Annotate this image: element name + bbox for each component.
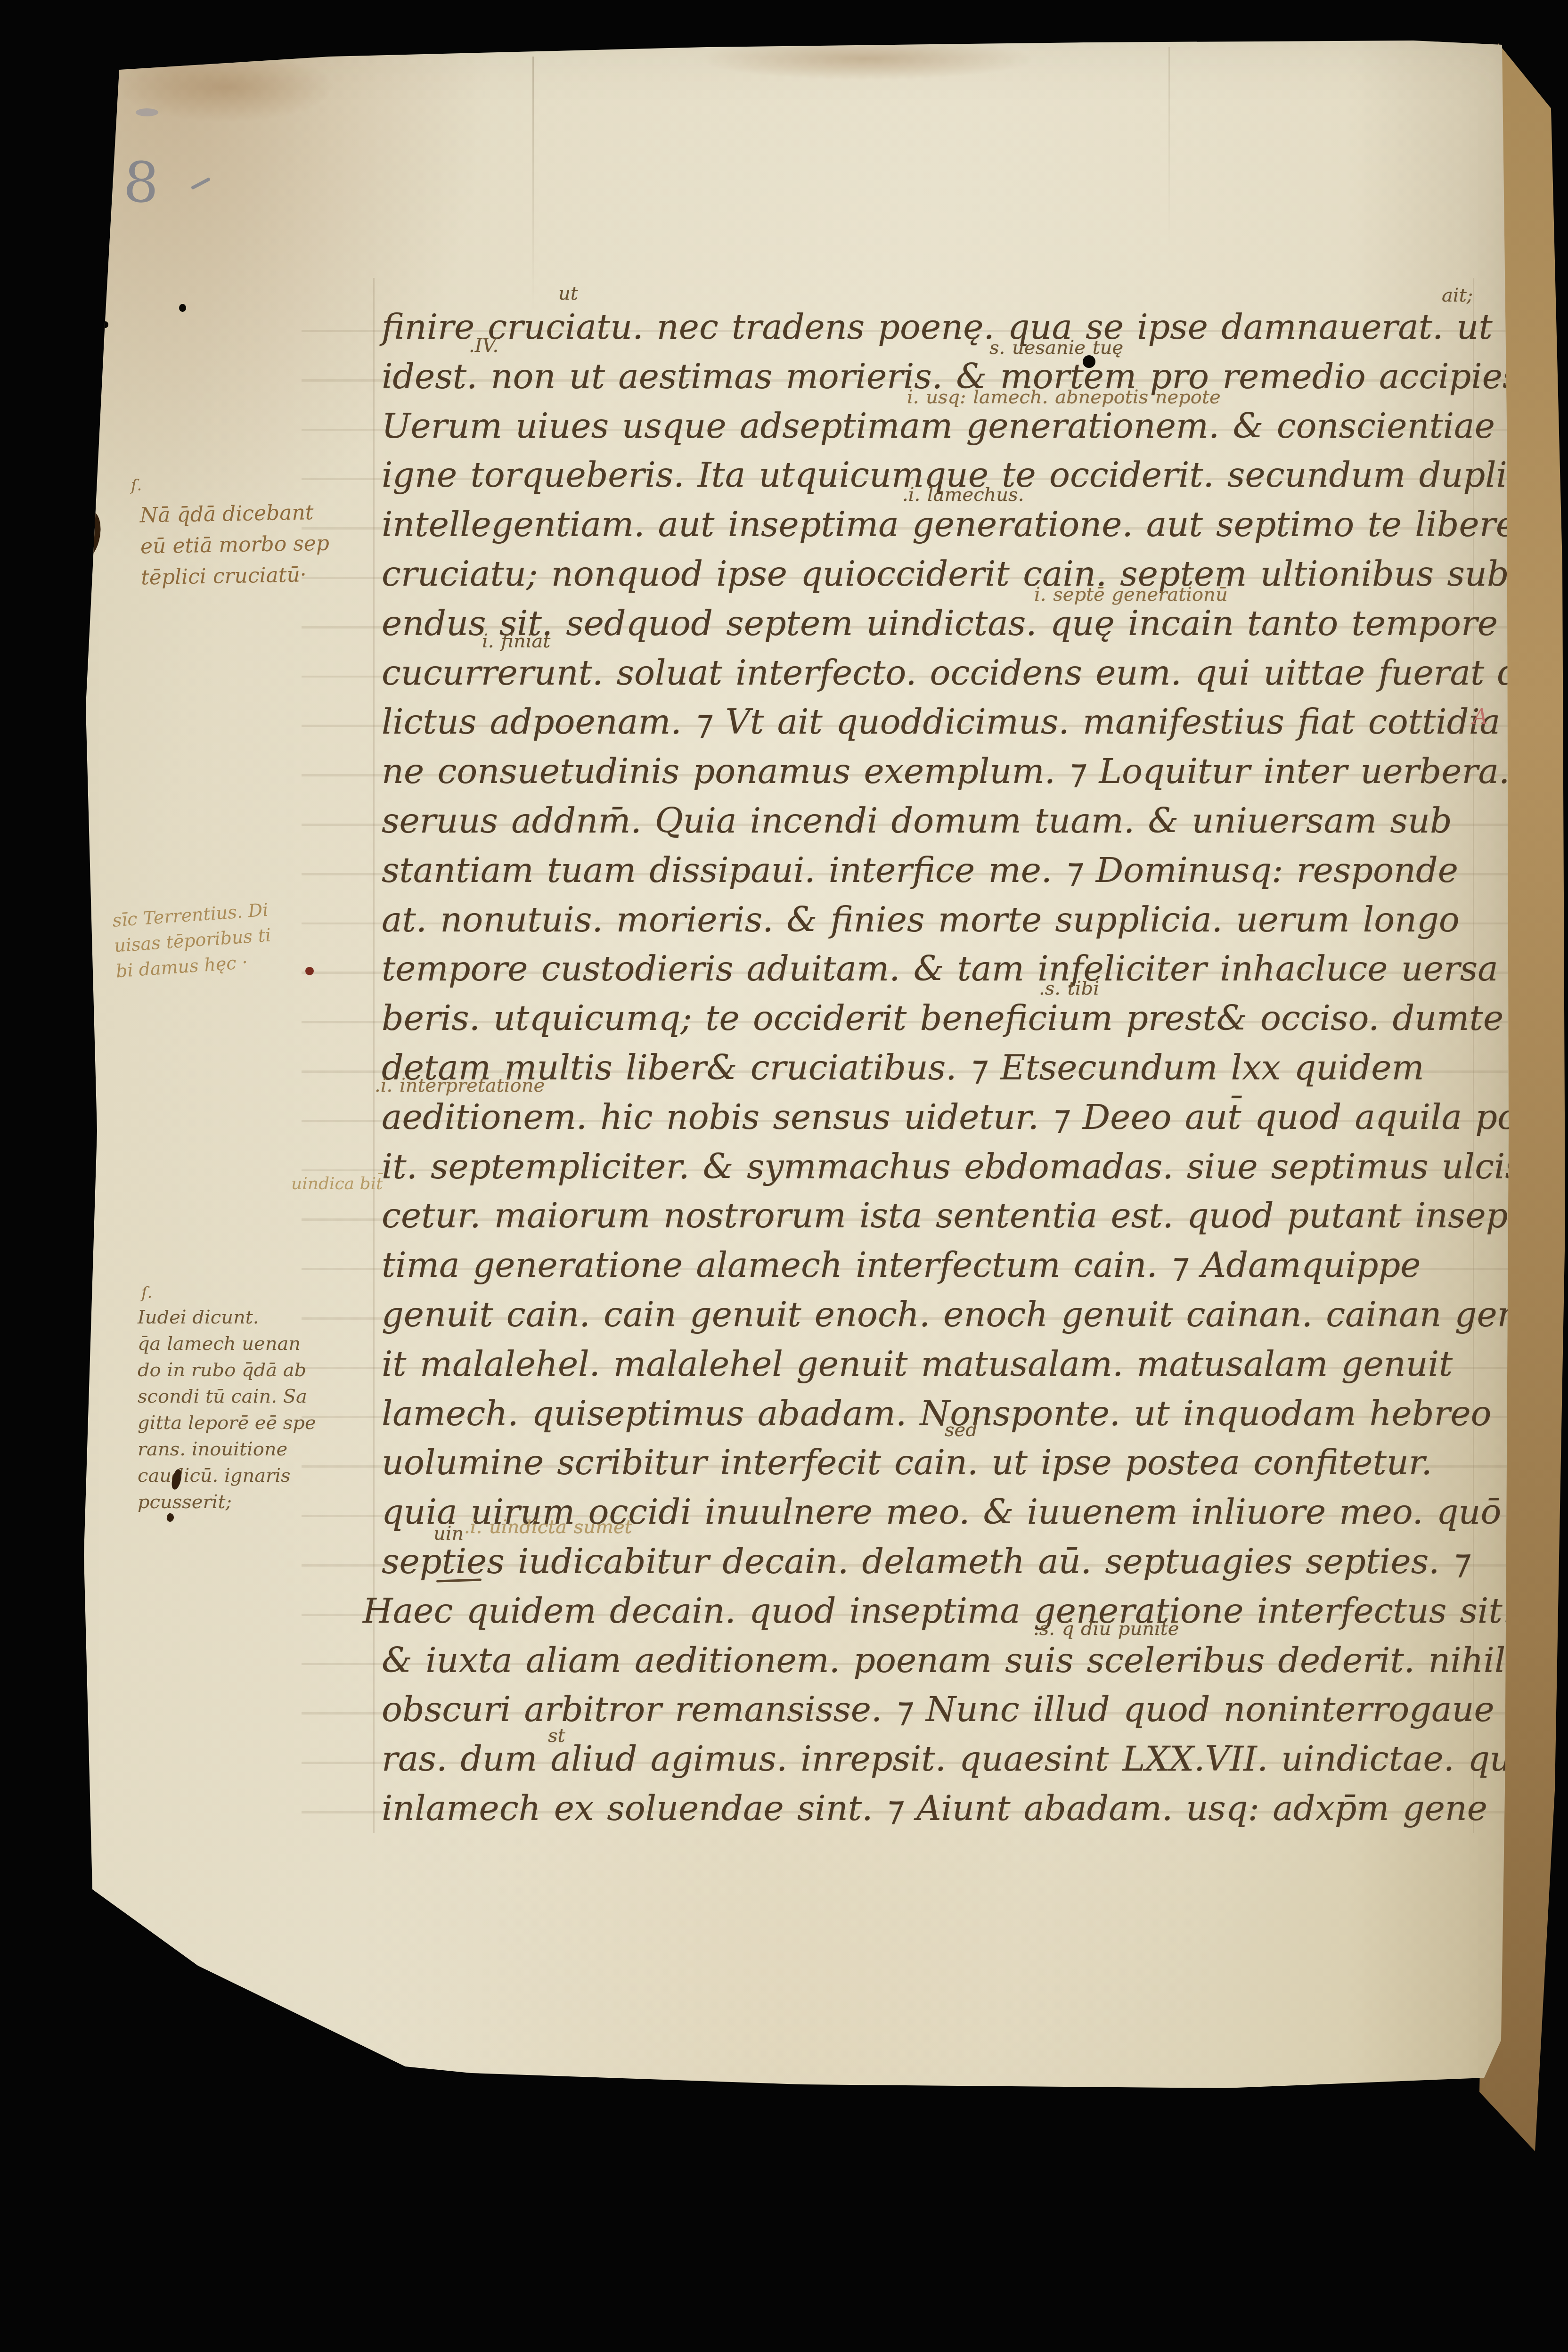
text-line: Haec quidem decain. quod inseptima gener… bbox=[363, 1591, 1513, 1631]
text-line-content: cruciatu; nonquod ipse quiocciderit cain… bbox=[382, 554, 1550, 594]
pencil-smudge-mark bbox=[136, 108, 158, 116]
interlinear-gloss: ait; bbox=[1442, 285, 1473, 306]
text-line-content: inlamech ex soluendae sint. ⁊ Aiunt abad… bbox=[382, 1788, 1487, 1829]
margin-gloss: uindica bit̄ bbox=[291, 1174, 383, 1193]
text-line: septies iudicabitur decain. delameth aū.… bbox=[382, 1542, 1470, 1582]
text-line: finire cruciatu. nec tradens poenę. qua … bbox=[382, 307, 1568, 347]
parchment-leaf: 8 finire cruciatu. nec tradens poenę. qu… bbox=[0, 0, 1568, 2352]
margin-note-lead-mark: ſ. bbox=[131, 476, 142, 495]
red-dot-mark bbox=[305, 967, 314, 975]
text-line-content: septies iudicabitur decain. delameth aū.… bbox=[382, 1542, 1470, 1582]
text-line-content: seruus addnm̄. Quia incendi domum tuam. … bbox=[382, 801, 1452, 841]
margin-note-line: eū etiā morbo sep bbox=[140, 528, 329, 563]
text-line: cucurrerunt. soluat interfecto. occidens… bbox=[382, 653, 1568, 693]
text-line: stantiam tuam dissipaui. interfice me. ⁊… bbox=[382, 850, 1458, 890]
margin-note-line: rans. inouitione bbox=[138, 1436, 316, 1462]
text-line-content: cetur. maiorum nostrorum ista sententia … bbox=[382, 1196, 1508, 1236]
text-line-content: tima generatione alamech interfectum cai… bbox=[382, 1245, 1421, 1285]
text-line: tempore custodieris aduitam. & tam infel… bbox=[382, 949, 1498, 989]
text-line: it. septempliciter. & symmachus ebdomada… bbox=[382, 1147, 1523, 1187]
text-line: at. nonutuis. morieris. & finies morte s… bbox=[382, 900, 1460, 940]
folio-number: 8 bbox=[122, 149, 160, 216]
text-line: it malalehel. malalehel genuit matusalam… bbox=[382, 1344, 1453, 1384]
interlinear-gloss: .i. interpretatione bbox=[375, 1075, 545, 1096]
margin-note: Nā q̄dā dicebanteū etiā morbo septēplici… bbox=[139, 497, 330, 594]
margin-note-line: Iudei dicunt. bbox=[138, 1304, 316, 1331]
margin-note-line: gitta leporē eē spe bbox=[138, 1410, 316, 1436]
margin-note-line: pcusserit; bbox=[138, 1489, 316, 1515]
text-line-content: & iuxta aliam aeditionem. poenam suis sc… bbox=[382, 1641, 1505, 1681]
text-line-content: genuit cain. cain genuit enoch. enoch ge… bbox=[382, 1295, 1542, 1335]
interlinear-gloss: .IV. bbox=[469, 335, 498, 357]
margin-note-lead-mark: ſ. bbox=[141, 1283, 152, 1302]
wormhole-mark bbox=[1083, 355, 1095, 368]
interlinear-gloss: i. finiat bbox=[482, 630, 550, 652]
text-line: uolumine scribitur interfecit cain. ut i… bbox=[382, 1443, 1432, 1483]
text-line-content: uolumine scribitur interfecit cain. ut i… bbox=[382, 1443, 1432, 1483]
text-line-content: at. nonutuis. morieris. & finies morte s… bbox=[382, 900, 1460, 940]
text-line: ras. dum aliud agimus. inrepsit. quaesin… bbox=[382, 1739, 1553, 1779]
text-line-content: it. septempliciter. & symmachus ebdomada… bbox=[382, 1147, 1523, 1187]
margin-note-line: do in rubo q̄dā ab bbox=[138, 1357, 316, 1383]
text-line-content: aeditionem. hic nobis sensus uidetur. ⁊ … bbox=[382, 1097, 1558, 1137]
interlinear-gloss: i. septē generationū bbox=[1034, 584, 1228, 605]
text-line: aeditionem. hic nobis sensus uidetur. ⁊ … bbox=[382, 1097, 1558, 1137]
margin-note: sīc Terrentius. Diuisas tēporibus tibi d… bbox=[112, 897, 274, 984]
margin-note-line: tēplici cruciatū· bbox=[141, 559, 330, 593]
interlinear-gloss: uin bbox=[433, 1523, 464, 1544]
text-line-content: lamech. quiseptimus abadam. Nonsponte. u… bbox=[382, 1394, 1492, 1434]
text-line-content: ne consuetudinis ponamus exemplum. ⁊ Loq… bbox=[382, 751, 1510, 792]
margin-note: Iudei dicunt.q̄a lamech uenando in rubo … bbox=[138, 1304, 316, 1515]
text-line: genuit cain. cain genuit enoch. enoch ge… bbox=[382, 1295, 1542, 1335]
interlinear-gloss: i. usq: lamech. abnepotis nepote bbox=[907, 386, 1221, 408]
wormhole-mark bbox=[179, 304, 186, 312]
interlinear-gloss: .s. tibi bbox=[1039, 978, 1099, 999]
wormhole-mark bbox=[103, 321, 108, 328]
interlinear-gloss: .i. uindicta sumet bbox=[464, 1516, 632, 1538]
text-line-content: Uerum uiues usque adseptimam generatione… bbox=[382, 406, 1568, 446]
margin-note-line: q̄a lamech uenan bbox=[138, 1331, 316, 1357]
crease bbox=[1168, 47, 1170, 245]
text-line: cetur. maiorum nostrorum ista sententia … bbox=[382, 1196, 1508, 1236]
text-line-content: obscuri arbitror remansisse. ⁊ Nunc illu… bbox=[382, 1690, 1494, 1730]
text-line-content: finire cruciatu. nec tradens poenę. qua … bbox=[382, 307, 1568, 347]
text-line: obscuri arbitror remansisse. ⁊ Nunc illu… bbox=[382, 1690, 1494, 1730]
text-line: seruus addnm̄. Quia incendi domum tuam. … bbox=[382, 801, 1452, 841]
margin-note-line: scondi tū cain. Sa bbox=[138, 1383, 316, 1410]
text-line-content: it malalehel. malalehel genuit matusalam… bbox=[382, 1344, 1453, 1384]
interlinear-gloss: s. uesanie tuę bbox=[989, 337, 1123, 359]
red-letter-mark: A bbox=[1473, 705, 1488, 729]
text-line: inlamech ex soluendae sint. ⁊ Aiunt abad… bbox=[382, 1788, 1487, 1829]
text-line: ne consuetudinis ponamus exemplum. ⁊ Loq… bbox=[382, 751, 1510, 792]
text-line: lamech. quiseptimus abadam. Nonsponte. u… bbox=[382, 1394, 1492, 1434]
stain-mark bbox=[697, 38, 1037, 80]
text-line: tima generatione alamech interfectum cai… bbox=[382, 1245, 1421, 1285]
text-line-content: beris. utquicumq; te occiderit beneficiu… bbox=[382, 998, 1503, 1038]
manuscript-photo: 8 finire cruciatu. nec tradens poenę. qu… bbox=[0, 0, 1568, 2352]
text-line: & iuxta aliam aeditionem. poenam suis sc… bbox=[382, 1641, 1505, 1681]
ink-blot-mark bbox=[66, 507, 106, 564]
text-line: beris. utquicumq; te occiderit beneficiu… bbox=[382, 998, 1503, 1038]
text-line-content: Haec quidem decain. quod inseptima gener… bbox=[363, 1591, 1513, 1631]
interlinear-gloss: ut bbox=[558, 283, 578, 304]
text-line-content: intellegentiam. aut inseptima generation… bbox=[382, 505, 1530, 545]
interlinear-gloss: st bbox=[548, 1725, 565, 1747]
margin-note-line: caudicū. ignaris bbox=[138, 1462, 316, 1489]
pencil-tick-mark bbox=[191, 177, 211, 190]
text-line-content: cucurrerunt. soluat interfecto. occidens… bbox=[382, 653, 1568, 693]
interlinear-gloss: .s. q̄ diu punitē bbox=[1033, 1618, 1179, 1640]
crease bbox=[532, 57, 534, 311]
interlinear-gloss: sed bbox=[945, 1419, 978, 1441]
text-line: intellegentiam. aut inseptima generation… bbox=[382, 505, 1530, 545]
interlinear-gloss: .i. lamechus. bbox=[902, 484, 1024, 506]
text-line: Uerum uiues usque adseptimam generatione… bbox=[382, 406, 1568, 446]
text-line: lictus adpoenam. ⁊ Vt ait quoddicimus. m… bbox=[382, 702, 1500, 742]
text-line-content: lictus adpoenam. ⁊ Vt ait quoddicimus. m… bbox=[382, 702, 1500, 742]
text-line-content: stantiam tuam dissipaui. interfice me. ⁊… bbox=[382, 850, 1458, 890]
margin-note-line: Nā q̄dā dicebant bbox=[139, 497, 329, 531]
text-line-content: tempore custodieris aduitam. & tam infel… bbox=[382, 949, 1498, 989]
text-line: cruciatu; nonquod ipse quiocciderit cain… bbox=[382, 554, 1550, 594]
